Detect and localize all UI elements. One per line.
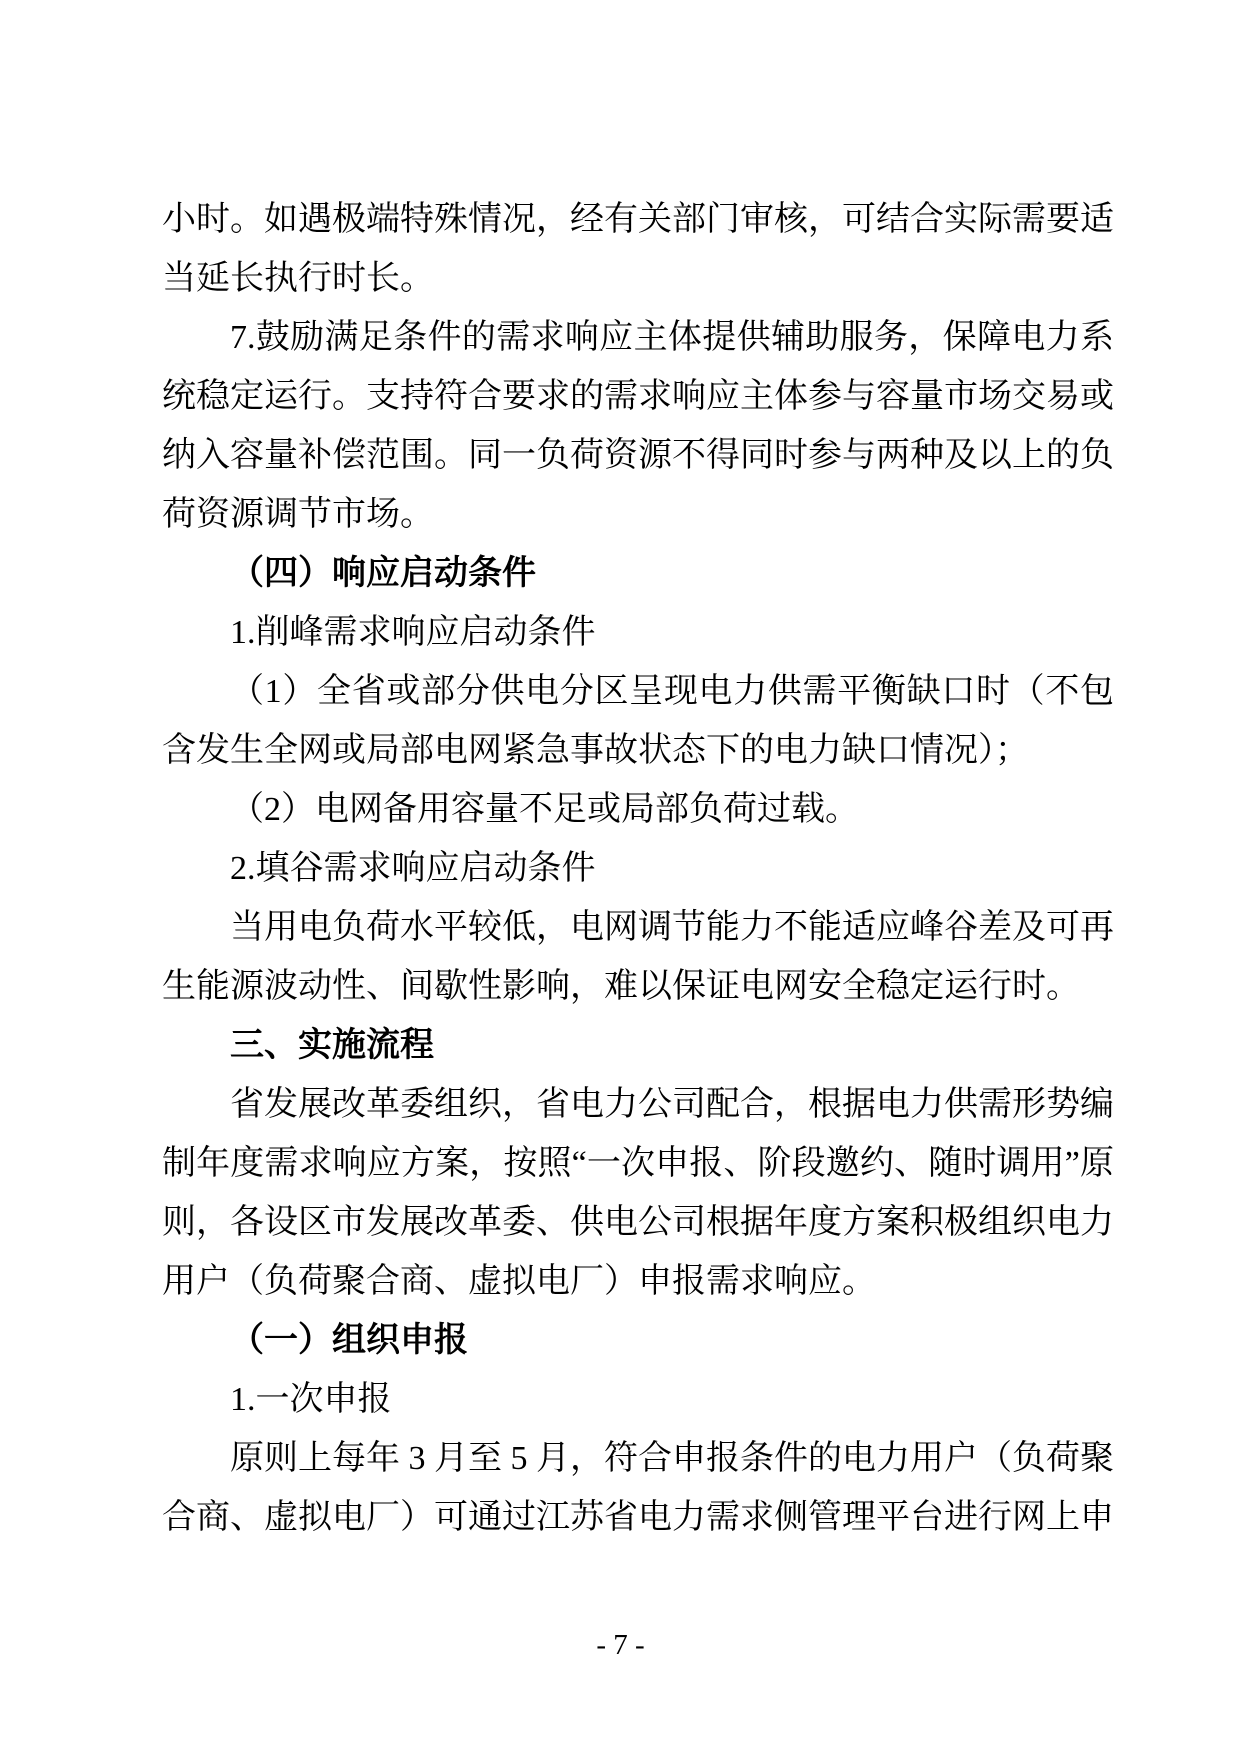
paragraph-subitem-1: 1.削峰需求响应启动条件 [162, 603, 1114, 662]
paragraph-condition-1: （1）全省或部分供电分区呈现电力供需平衡缺口时（不包含发生全网或局部电网紧急事故… [162, 662, 1114, 780]
document-body: 小时。如遇极端特殊情况，经有关部门审核，可结合实际需要适当延长执行时长。 7.鼓… [162, 190, 1114, 1547]
document-page: 小时。如遇极端特殊情况，经有关部门审核，可结合实际需要适当延长执行时长。 7.鼓… [0, 0, 1241, 1754]
paragraph-process-overview: 省发展改革委组织，省电力公司配合，根据电力供需形势编制年度需求响应方案，按照“一… [162, 1075, 1114, 1311]
paragraph-item-7: 7.鼓励满足条件的需求响应主体提供辅助服务，保障电力系统稳定运行。支持符合要求的… [162, 308, 1114, 544]
paragraph-continuation: 小时。如遇极端特殊情况，经有关部门审核，可结合实际需要适当延长执行时长。 [162, 190, 1114, 308]
paragraph-declaration-time: 原则上每年 3 月至 5 月，符合申报条件的电力用户（负荷聚合商、虚拟电厂）可通… [162, 1429, 1114, 1547]
paragraph-subitem-2: 2.填谷需求响应启动条件 [162, 839, 1114, 898]
paragraph-first-declaration: 1.一次申报 [162, 1370, 1114, 1429]
heading-section-1: （一）组织申报 [162, 1311, 1114, 1370]
paragraph-valley-condition: 当用电负荷水平较低，电网调节能力不能适应峰谷差及可再生能源波动性、间歇性影响，难… [162, 898, 1114, 1016]
page-number: - 7 - [0, 1628, 1241, 1662]
paragraph-condition-2: （2）电网备用容量不足或局部负荷过载。 [162, 780, 1114, 839]
heading-section-4: （四）响应启动条件 [162, 544, 1114, 603]
heading-chapter-3: 三、实施流程 [162, 1016, 1114, 1075]
